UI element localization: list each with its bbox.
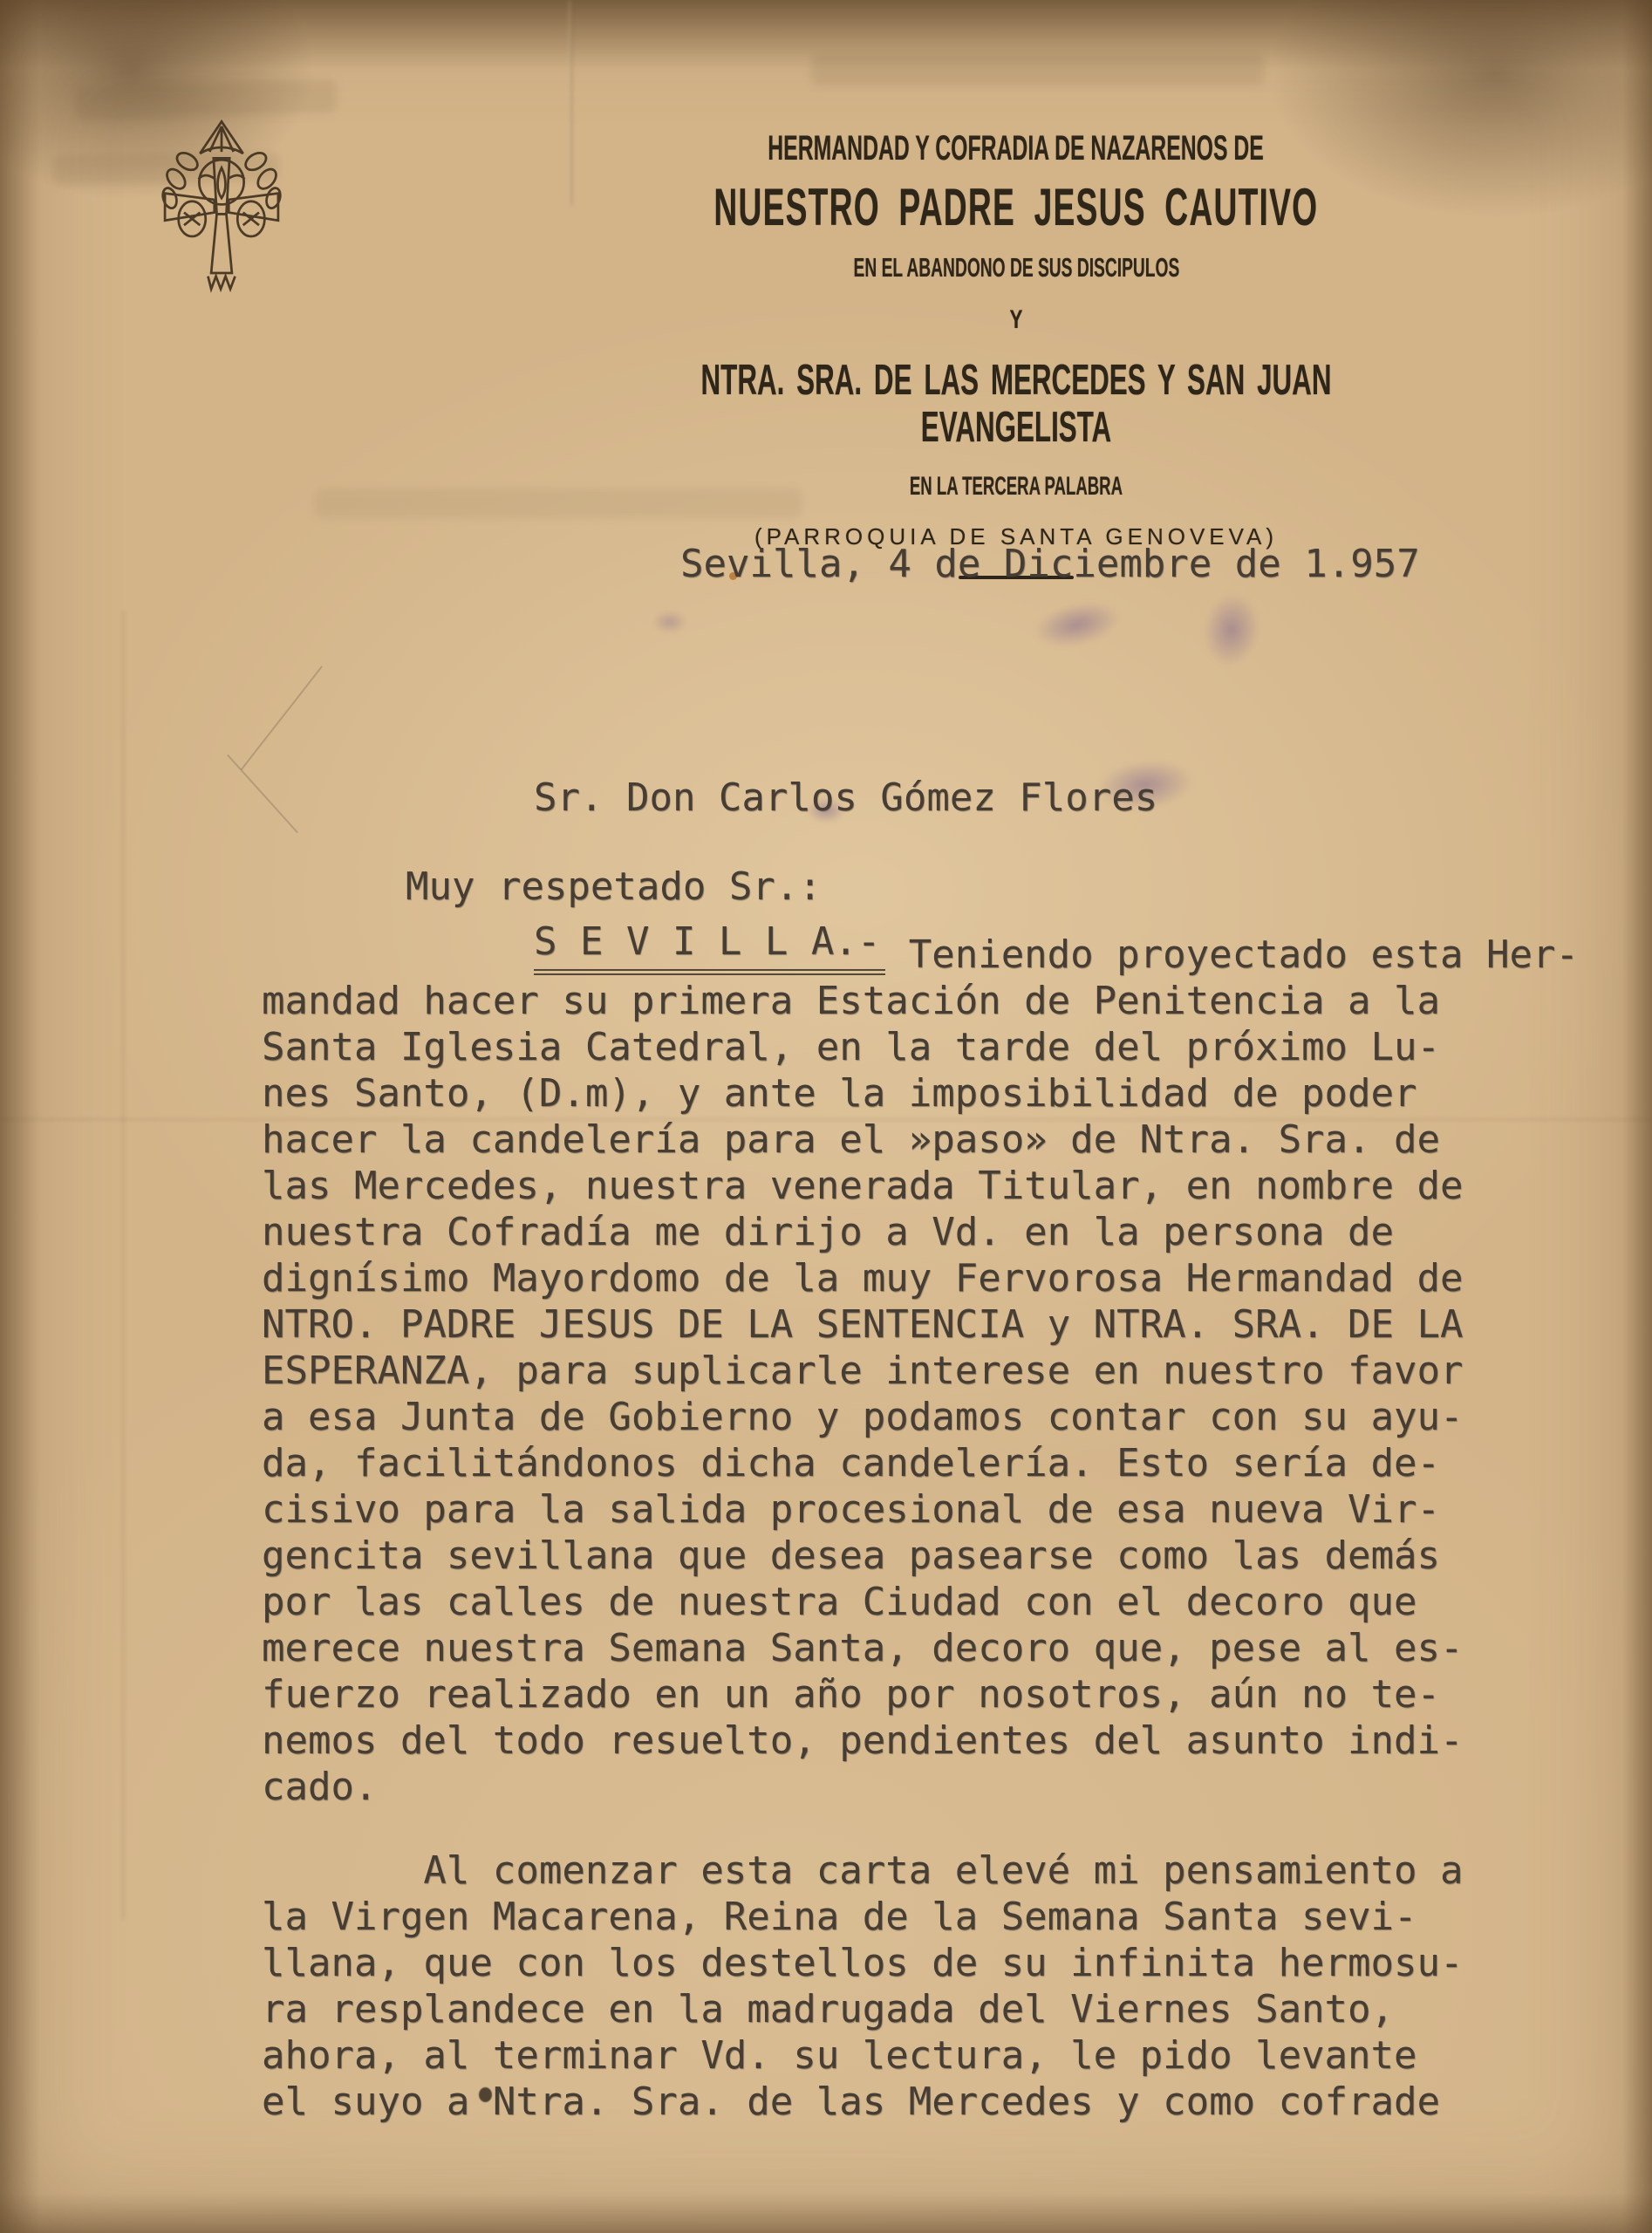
letterhead-line-5: NTRA. SRA. DE LAS MERCEDES Y SAN JUAN EV… [366, 357, 1652, 451]
letterhead: HERMANDAD Y COFRADIA DE NAZARENOS DE NUE… [366, 129, 1652, 579]
ink-stain [652, 611, 687, 633]
letterhead-line-1: HERMANDAD Y COFRADIA DE NAZARENOS DE [366, 129, 1652, 167]
dateline: Sevilla, 4 de Diciembre de 1.957 [680, 541, 1420, 587]
letterhead-conjunction: Y [366, 305, 1652, 334]
pencil-mark [241, 666, 323, 769]
letter-page: HERMANDAD Y COFRADIA DE NAZARENOS DE NUE… [0, 0, 1652, 2233]
paper-edge-shadow-left [0, 0, 40, 2233]
letterhead-text: NUESTRO PADRE JESUS CAUTIVO [714, 180, 1319, 236]
letter-body-paragraph-1: Teniendo proyectado esta Her- mandad hac… [262, 932, 1579, 1810]
letterhead-line-3: EN EL ABANDONO DE SUS DISCIPULOS [366, 253, 1652, 283]
letterhead-text: HERMANDAD Y COFRADIA DE NAZARENOS DE [768, 129, 1265, 167]
ink-offset-ghost [811, 54, 1265, 85]
crest-drawing [138, 112, 305, 305]
letterhead-title: NUESTRO PADRE JESUS CAUTIVO [366, 180, 1652, 236]
paper-edge-shadow-bottom [0, 2193, 1652, 2233]
paper-crease [122, 611, 125, 1919]
letterhead-text: Y [1009, 305, 1022, 334]
ink-stain [1030, 595, 1124, 654]
pencil-mark [227, 755, 298, 834]
letterhead-line-6: EN LA TERCERA PALABRA [366, 472, 1652, 501]
cross-chains-dove-crest-icon [138, 112, 305, 305]
letter-body-paragraph-2: Al comenzar esta carta elevé mi pensamie… [262, 1847, 1464, 2125]
letterhead-text: NTRA. SRA. DE LAS MERCEDES Y SAN JUAN EV… [600, 357, 1432, 451]
ink-stain [1198, 590, 1264, 670]
addressee-name: Sr. Don Carlos Gómez Flores [534, 775, 1157, 821]
salutation: Muy respetado Sr.: [406, 864, 822, 910]
letterhead-text: EN LA TERCERA PALABRA [910, 472, 1123, 501]
letterhead-text: EN EL ABANDONO DE SUS DISCIPULOS [853, 253, 1179, 283]
